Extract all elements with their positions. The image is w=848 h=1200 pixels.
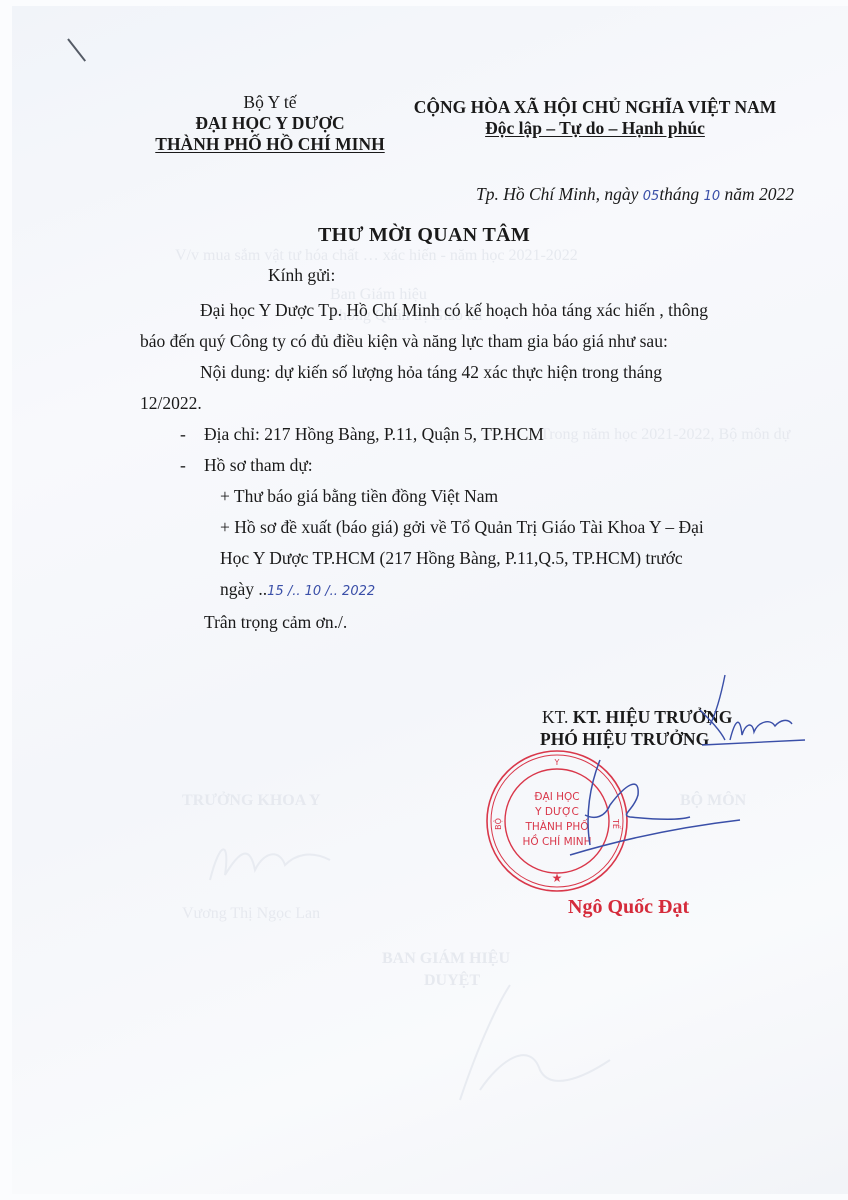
bullet-documents: -Hồ sơ tham dự: (140, 450, 820, 481)
intro-line-1: Đại học Y Dược Tp. Hồ Chí Minh có kế hoạ… (140, 295, 820, 326)
svg-text:BỘ: BỘ (492, 818, 503, 830)
letter-body: Kính gửi: Đại học Y Dược Tp. Hồ Chí Minh… (140, 260, 820, 638)
nation-name: CỘNG HÒA XÃ HỘI CHỦ NGHĨA VIỆT NAM (380, 97, 810, 118)
university-name: ĐẠI HỌC Y DƯỢC (140, 113, 400, 134)
issuer-header: Bộ Y tế ĐẠI HỌC Y DƯỢC THÀNH PHỐ HỒ CHÍ … (140, 92, 400, 155)
ministry-name: Bộ Y tế (140, 92, 400, 113)
intro-line-2: báo đến quý Công ty có đủ điều kiện và n… (140, 326, 820, 357)
document-title: THƯ MỜI QUAN TÂM (0, 224, 848, 247)
content-line-2: 12/2022. (140, 388, 820, 419)
ghost-dean-title: TRƯỞNG KHOA Y (182, 792, 320, 810)
ghost-signature-approval (420, 980, 620, 1110)
sub-item-proposal: + Hồ sơ đề xuất (báo giá) gởi về Tổ Quản… (140, 512, 820, 543)
university-city: THÀNH PHỐ HỒ CHÍ MINH (140, 134, 400, 155)
national-motto: Độc lập – Tự do – Hạnh phúc (380, 118, 810, 139)
date-day-handwritten: 05 (643, 189, 660, 204)
scan-scratch-mark (67, 38, 86, 61)
national-header: CỘNG HÒA XÃ HỘI CHỦ NGHĨA VIỆT NAM Độc l… (380, 97, 810, 139)
sub-item-quote: + Thư báo giá bằng tiền đồng Việt Nam (140, 481, 820, 512)
ghost-signature-dean (200, 830, 340, 890)
deadline-line: ngày ..15 /.. 10 /.. 2022 (140, 574, 820, 607)
date-month-handwritten: 10 (704, 189, 721, 204)
deadline-handwritten: 15 /.. 10 /.. 2022 (267, 584, 375, 599)
bullet-address: -Địa chỉ: 217 Hồng Bàng, P.11, Quận 5, T… (140, 419, 820, 450)
closing: Trân trọng cảm ơn./. (140, 607, 820, 638)
ghost-dean-name: Vương Thị Ngọc Lan (182, 905, 320, 923)
date-line: Tp. Hồ Chí Minh, ngày 05tháng 10 năm 202… (476, 184, 794, 205)
date-year: năm 2022 (724, 184, 794, 204)
salutation: Kính gửi: (140, 260, 820, 291)
date-month-label: tháng (659, 184, 703, 204)
ghost-approval-1: BAN GIÁM HIỆU (382, 950, 510, 968)
signer-name: Ngô Quốc Đạt (568, 896, 689, 919)
main-signature (530, 755, 770, 865)
svg-text:★: ★ (552, 871, 563, 885)
content-line-1: Nội dung: dự kiến số lượng hỏa táng 42 x… (140, 357, 820, 388)
sub-item-proposal-cont: Học Y Dược TP.HCM (217 Hồng Bàng, P.11,Q… (140, 543, 820, 574)
date-prefix: Tp. Hồ Chí Minh, ngày (476, 184, 643, 204)
